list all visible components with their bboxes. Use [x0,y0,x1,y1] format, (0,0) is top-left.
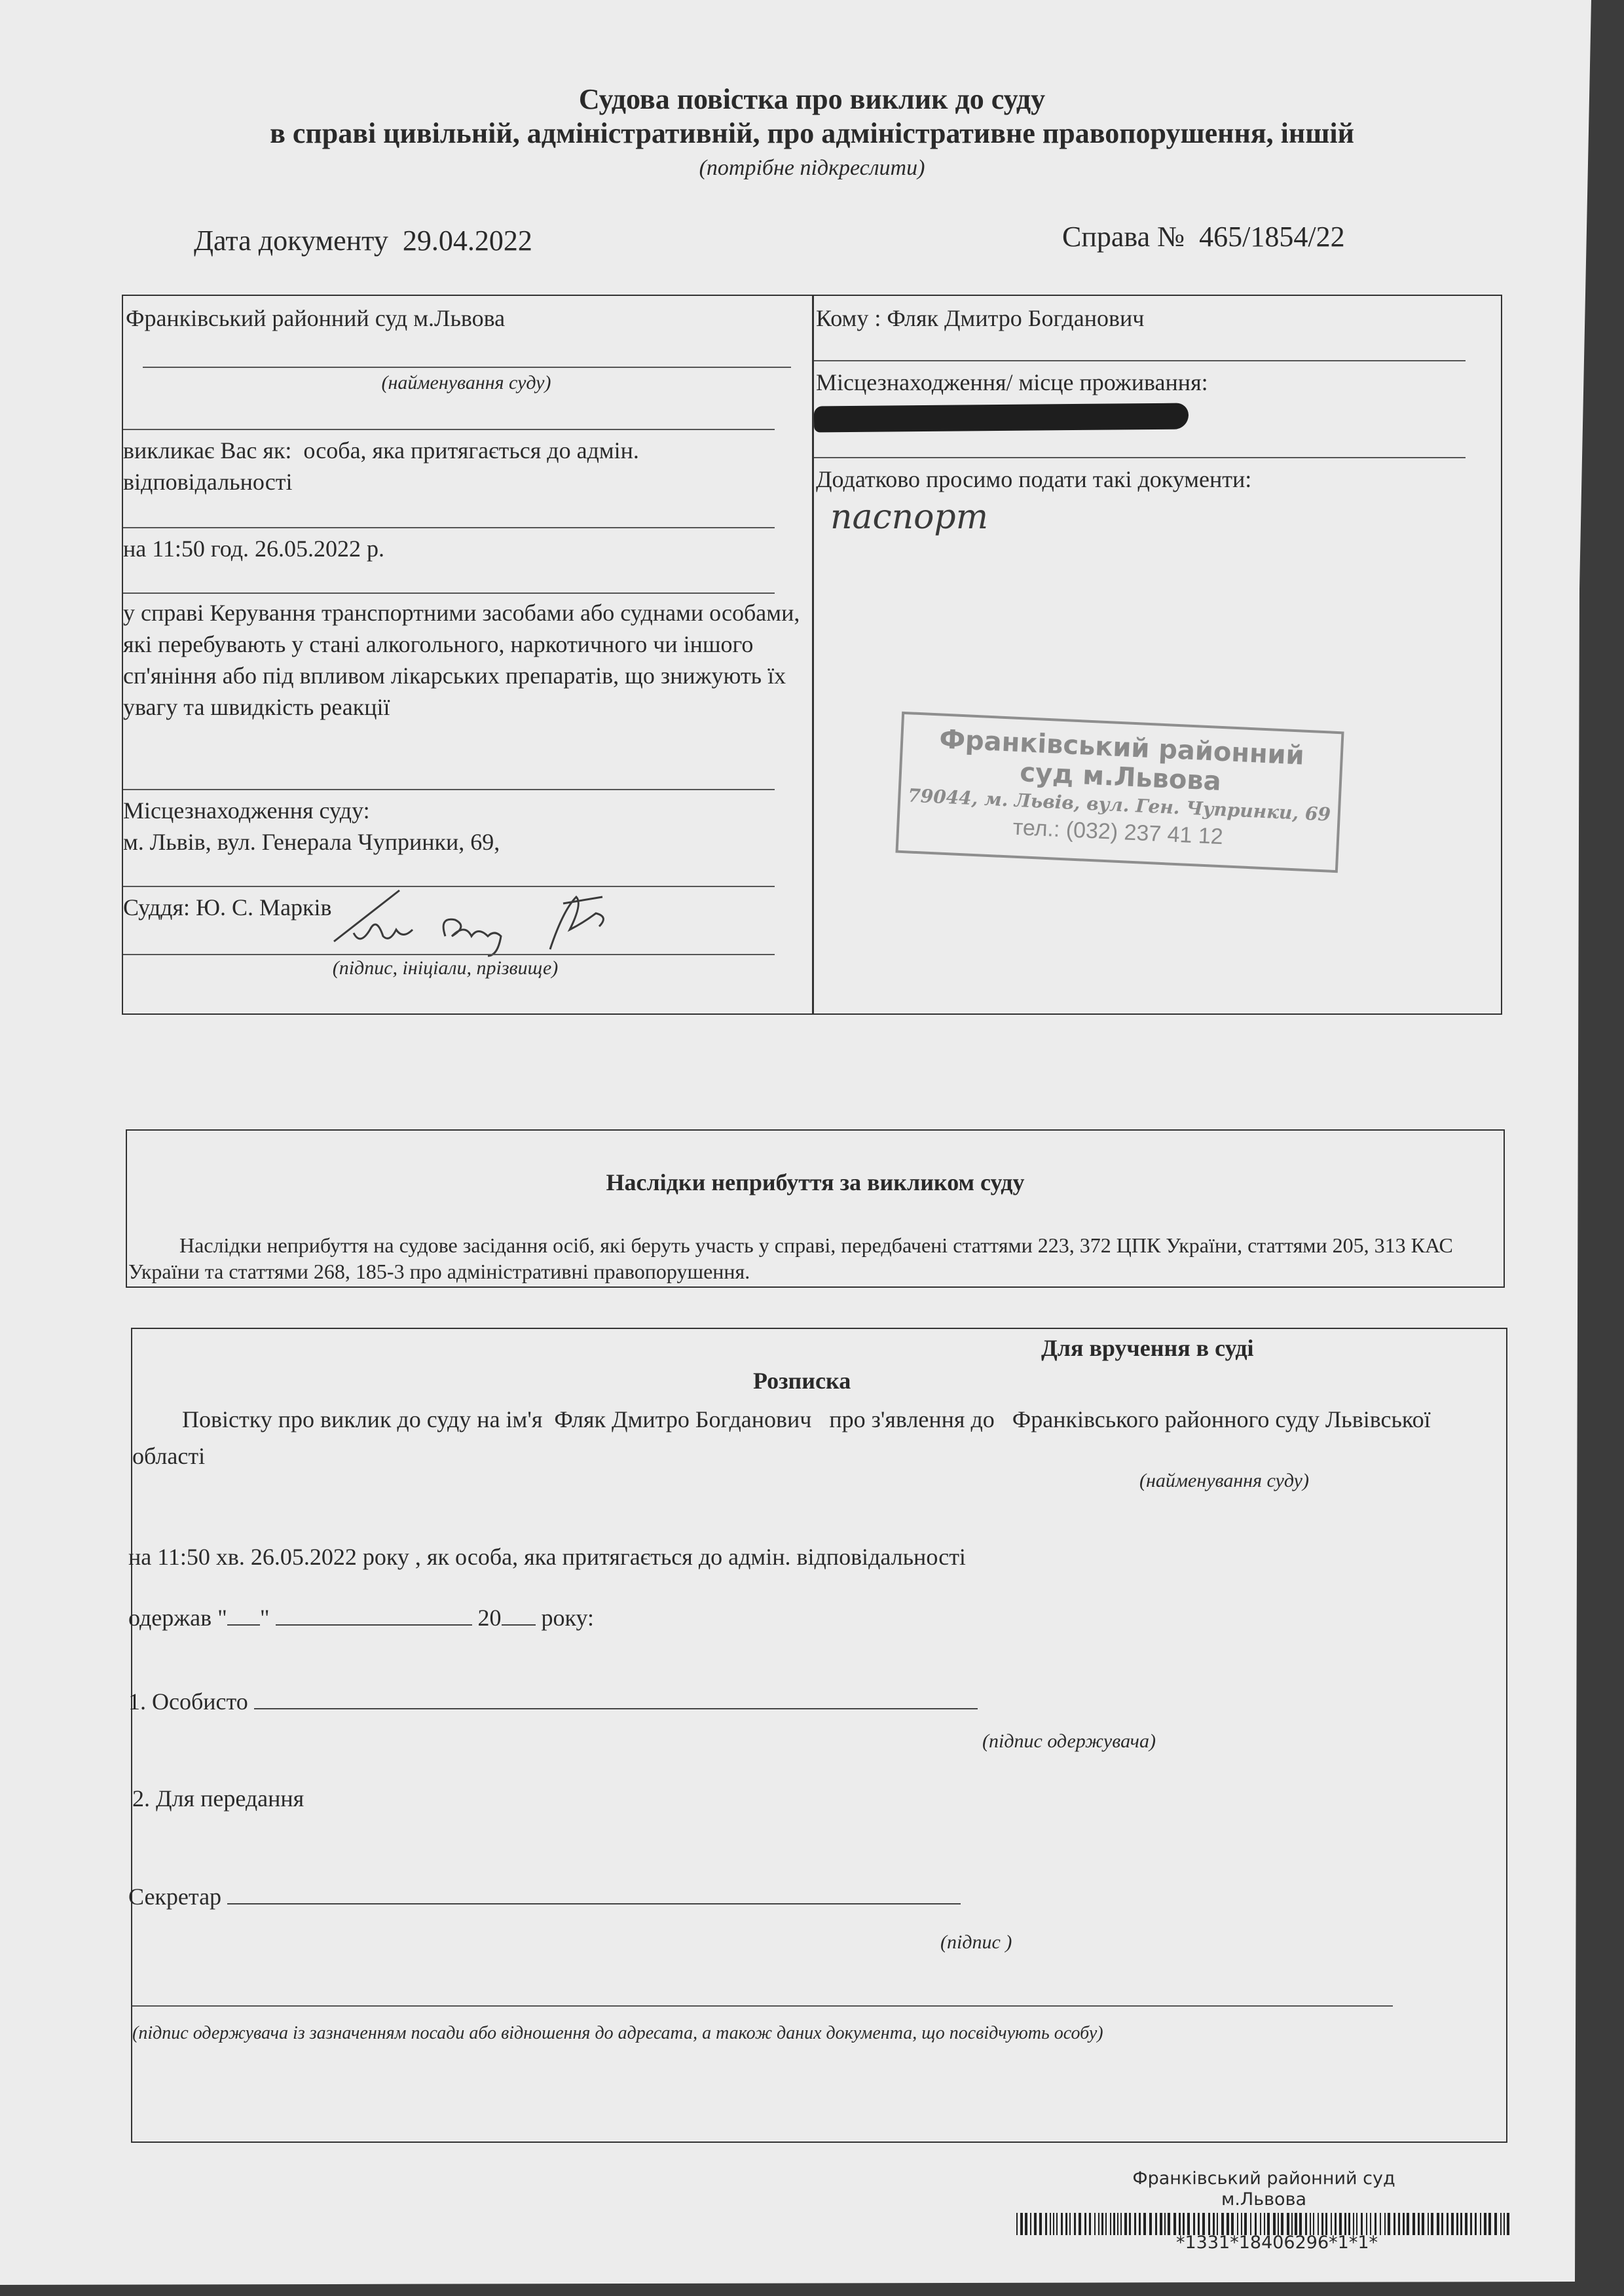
document-subtitle: в справі цивільній, адміністративній, пр… [0,117,1624,150]
extra-documents-handwritten: паспорт [830,498,988,537]
extra-documents-label: Додатково просимо подати такі документи: [816,464,1497,495]
barcode-court-line1: Франківський районний суд [1113,2168,1414,2189]
divider-line [814,457,1466,458]
receipt-court-caption: (найменування суду) [1139,1470,1309,1492]
divider-line [814,360,1466,361]
judge-signature [314,884,707,969]
divider-line [123,527,775,528]
case-number: Справа № 465/1854/22 [1062,220,1345,253]
redacted-address [814,403,1189,433]
received-date-line: одержав "" 20 року: [128,1604,594,1631]
recipient-signature-caption: (підпис одержувача) [982,1730,1156,1753]
case-subject: у справі Керування транспортними засобам… [123,597,811,723]
recipient-label: Кому : [816,305,881,331]
appearance-time: на 11:50 год. 26.05.2022 р. [123,533,804,564]
final-signature-caption: (підпис одержувача із зазначенням посади… [132,2023,1103,2044]
intro-recipient-name: Фляк Дмитро Богданович [554,1406,811,1432]
final-signature-line[interactable] [132,2005,1393,2007]
signature-line [123,954,775,955]
summoned-as: викликає Вас як: особа, яка притягається… [123,435,804,498]
signature-caption: (підпис, ініціали, прізвище) [196,957,694,979]
receipt-title: Розписка [753,1367,851,1394]
summoned-as-label: викликає Вас як: [123,437,291,464]
recipient-name: Фляк Дмитро Богданович [887,305,1144,331]
barcode-court-line2: м.Львова [1113,2189,1414,2210]
personally-signature-field[interactable] [254,1688,978,1709]
divider-line [123,429,775,430]
underline-note: (потрібне підкреслити) [0,156,1624,181]
summons-column-divider [812,295,814,1015]
court-location-label: Місцезнаходження суду: [123,795,804,826]
court-location-value: м. Львів, вул. Генерала Чупринки, 69, [123,826,804,858]
court-location: Місцезнаходження суду: м. Львів, вул. Ге… [123,795,804,858]
document-date-value: 29.04.2022 [403,225,532,257]
address-label: Місцезнаходження/ місце проживання: [816,367,1497,398]
consequences-text: Наслідки неприбуття на судове засідання … [128,1232,1501,1285]
recipient: Кому : Фляк Дмитро Богданович [816,302,1497,334]
court-name: Франківський районний суд м.Львова [126,302,807,334]
receipt-appearance-line: на 11:50 хв. 26.05.2022 року , як особа,… [128,1543,966,1571]
secretary-signature-caption: (підпис ) [940,1931,1012,1954]
document-title: Судова повістка про виклик до суду [0,82,1624,116]
secretary-label: Секретар [128,1884,221,1910]
document-date: Дата документу 29.04.2022 [194,224,532,257]
court-stamp: Франківський районний суд м.Львова 79044… [895,712,1344,873]
court-name-line [143,367,791,368]
year-field[interactable] [502,1605,536,1626]
secretary-line: Секретар [128,1883,961,1910]
delivery-note: Для вручення в суді [1041,1334,1254,1362]
consequences-title: Наслідки неприбуття за викликом суду [126,1169,1505,1196]
barcode [1016,2213,1514,2235]
received-prefix: одержав " [128,1605,227,1631]
for-transfer-label: 2. Для передання [132,1785,304,1812]
intro-prefix: Повістку про виклик до суду на ім'я [182,1406,542,1432]
court-name-caption: (найменування суду) [126,372,807,394]
personally-line: 1. Особисто [128,1688,978,1715]
intro-middle: про з'явлення до [829,1406,994,1432]
case-number-label: Справа № [1062,221,1185,253]
received-suffix: року: [542,1605,595,1631]
secretary-signature-field[interactable] [227,1884,961,1904]
judge-name: Ю. С. Марків [196,894,332,920]
barcode-number: *1331*18406296*1*1* [1113,2232,1441,2253]
month-field[interactable] [276,1605,472,1626]
divider-line [123,789,775,790]
receipt-intro: Повістку про виклик до суду на ім'я Фляк… [132,1401,1505,1474]
personally-label: 1. Особисто [128,1688,248,1715]
document-date-label: Дата документу [194,225,388,257]
received-quote: " [260,1605,270,1631]
case-number-value: 465/1854/22 [1199,221,1344,253]
divider-line [123,592,775,594]
received-year: 20 [478,1605,502,1631]
day-field[interactable] [227,1605,260,1626]
judge-label: Суддя: [123,894,190,920]
